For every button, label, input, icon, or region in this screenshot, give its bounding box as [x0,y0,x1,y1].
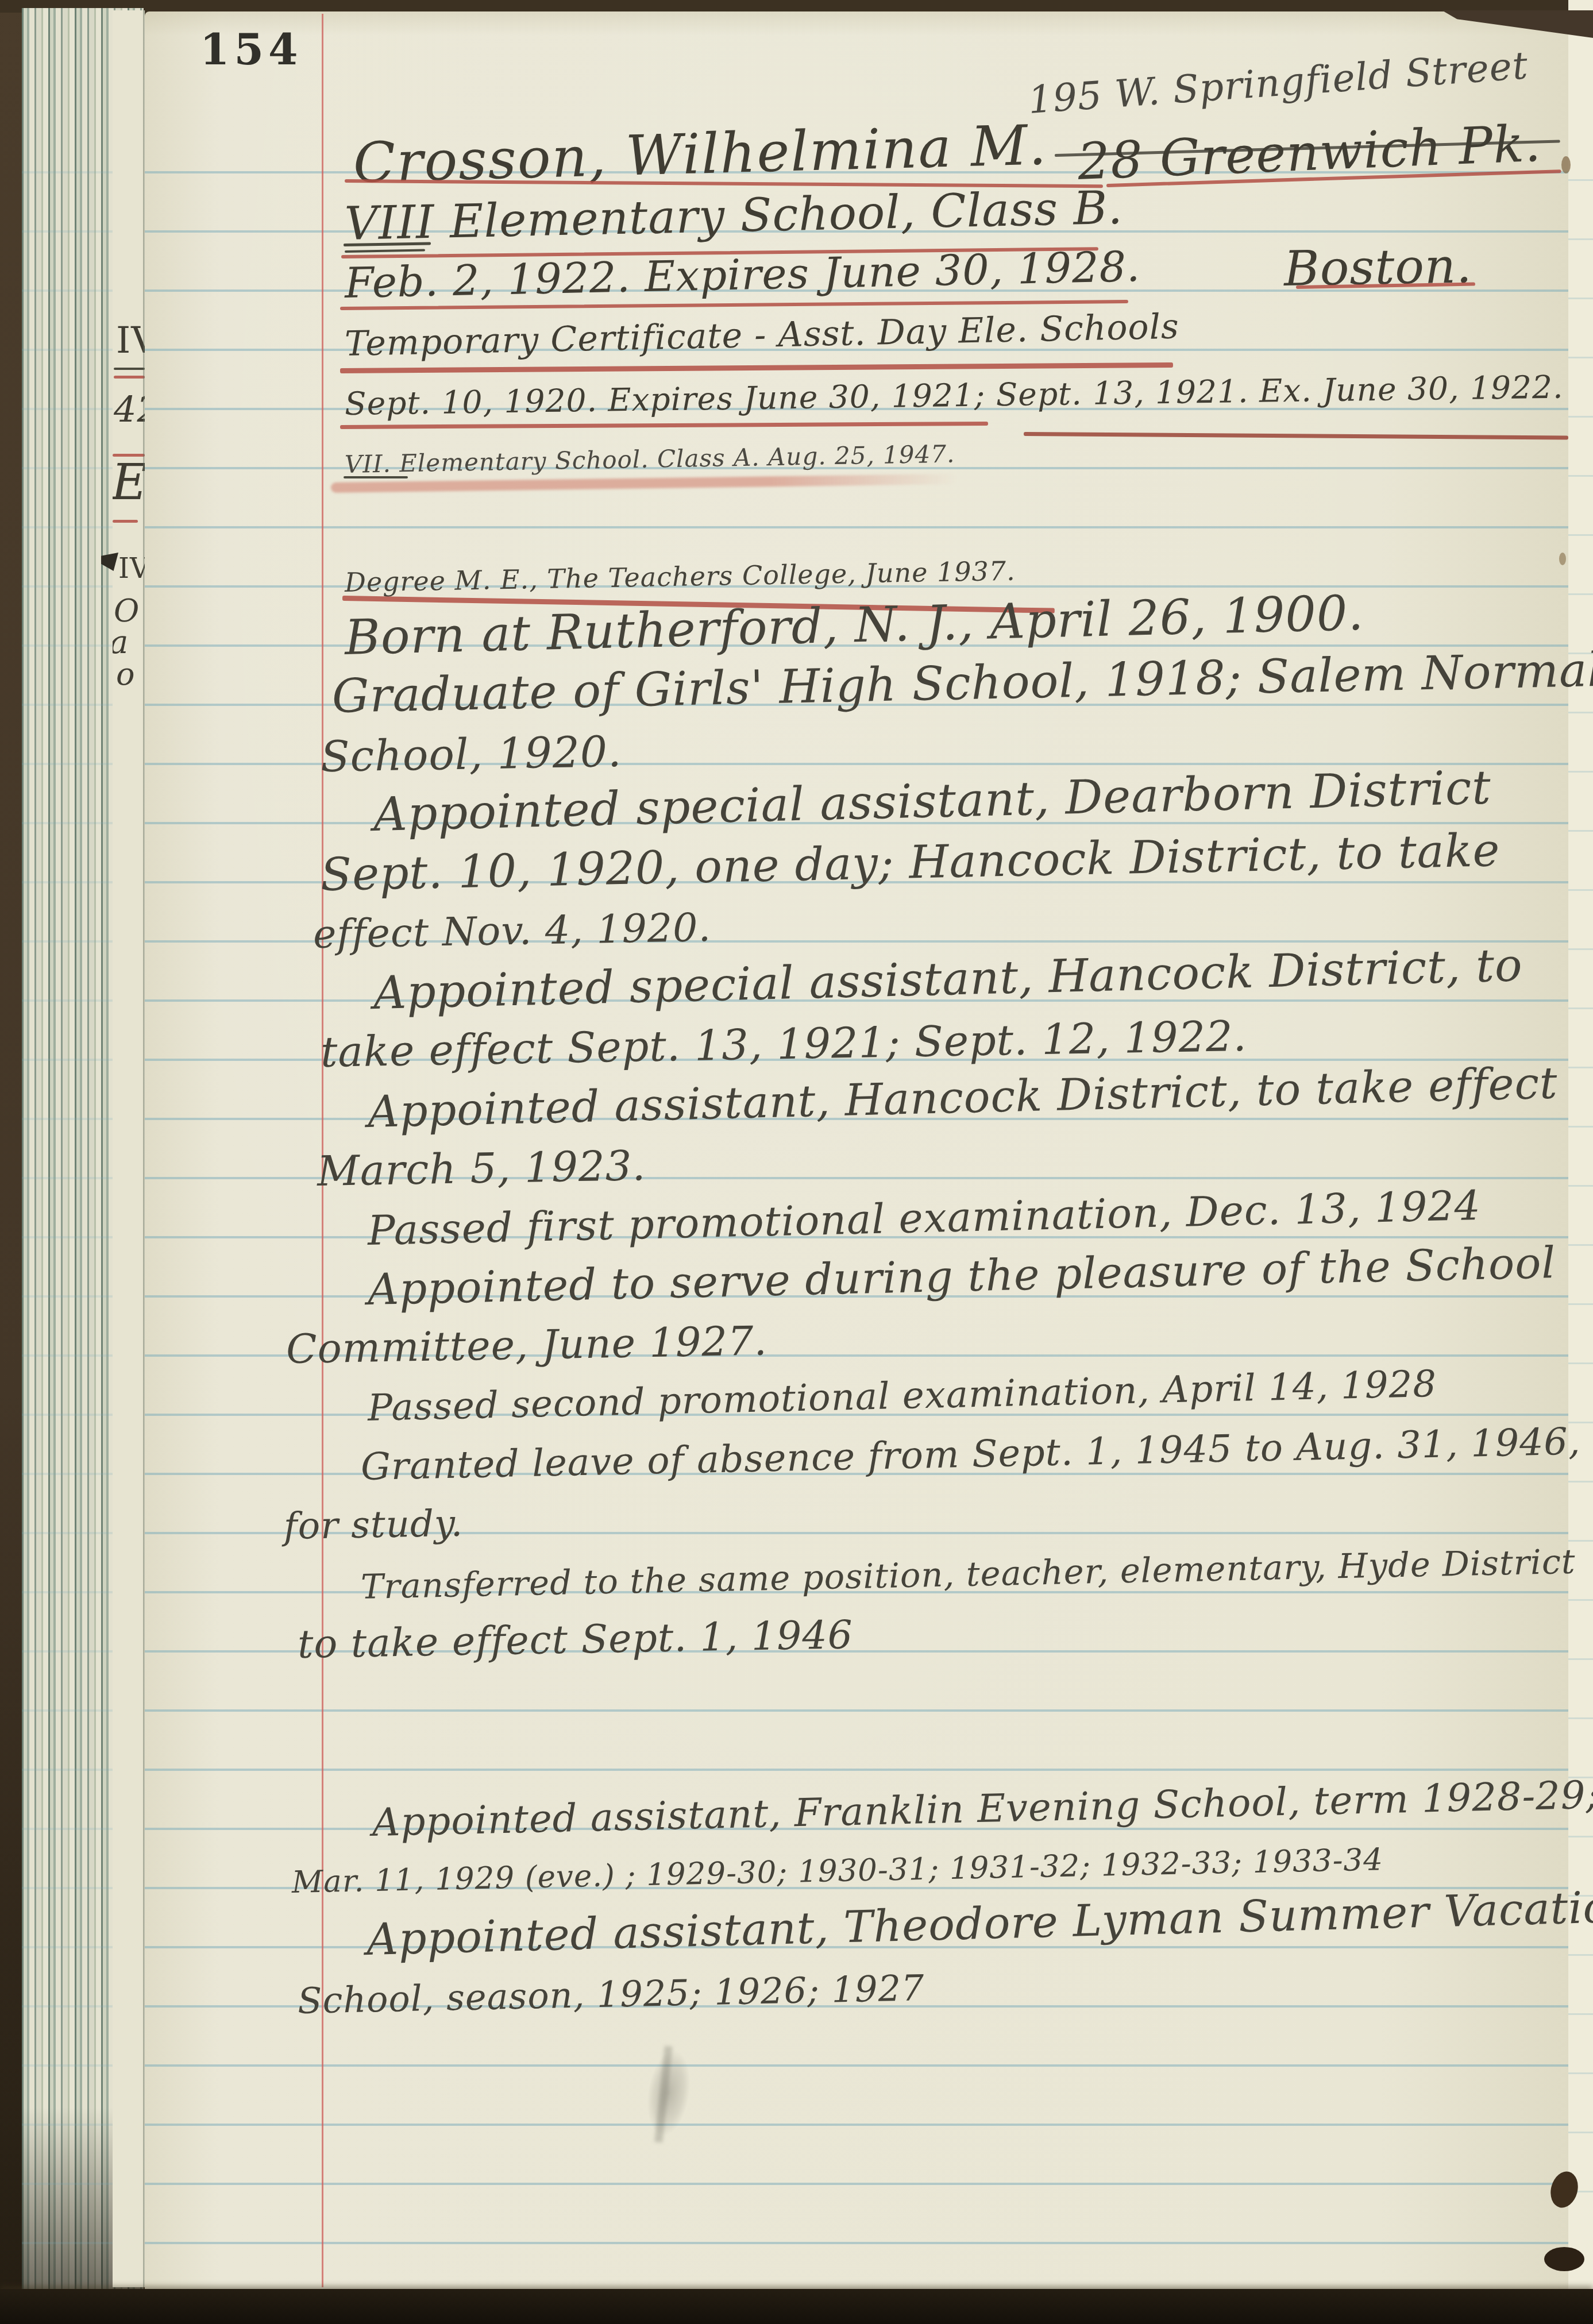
red-underline [113,520,138,523]
ledger-page-scan: IV 42 E IV. O a o 154 195 W. Springfield… [0,0,1593,2324]
margin-fragment: E [113,454,145,511]
margin-fragment: IV. [118,553,145,585]
book-cover-bottom-edge [0,2289,1593,2324]
underpage-margin-sliver: IV 42 E IV. O a o [113,10,145,2287]
black-underline [114,368,145,370]
entry-line: March 5, 1923. [317,1141,646,1195]
entry-line: effect Nov. 4, 1920. [313,905,711,958]
entry-line: for study. [283,1503,463,1548]
black-underline [344,476,408,478]
book-cover-top-edge [0,0,1593,13]
page-edge-tear [1544,2247,1584,2271]
page-edge-nick [1559,553,1566,565]
margin-fragment: o [116,656,136,692]
margin-fragment: 42 [114,388,145,430]
page-edge-nick [1561,156,1571,173]
margin-fragment: IV [116,319,145,362]
page-number: 154 [200,25,302,75]
entry-line: Committee, June 1927. [286,1317,767,1373]
entry-line: to take effect Sept. 1, 1946 [297,1612,853,1667]
book-cover-left-edge [0,0,23,2324]
red-underline [114,376,145,379]
entry-line: School, 1920. [320,727,622,782]
